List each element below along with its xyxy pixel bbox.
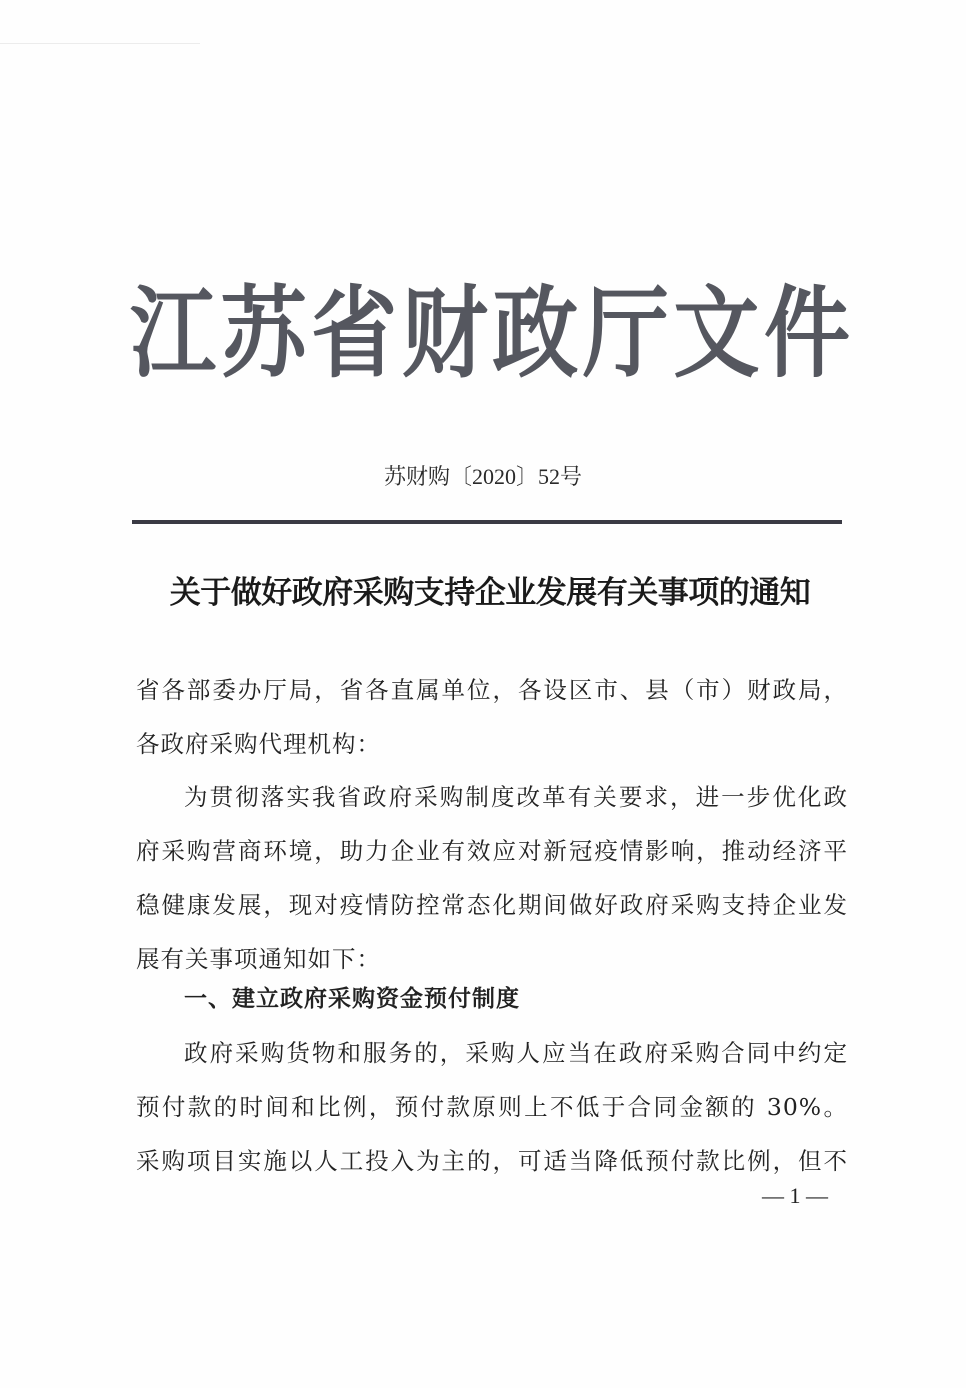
masthead-char: 财	[402, 254, 488, 397]
paragraph-line: 政府采购货物和服务的，采购人应当在政府采购合同中约定	[136, 1026, 848, 1080]
paragraph-line: 为贯彻落实我省政府采购制度改革有关要求，进一步优化政	[136, 770, 848, 824]
section-heading: 一、建立政府采购资金预付制度	[136, 972, 848, 1026]
masthead-char: 文	[673, 254, 759, 397]
addressee-line: 各政府采购代理机构：	[136, 717, 848, 771]
paragraph-line: 稳健康发展，现对疫情防控常态化期间做好政府采购支持企业发	[136, 878, 848, 932]
masthead-char: 苏	[221, 254, 307, 397]
addressee-line: 省各部委办厅局，省各直属单位，各设区市、县（市）财政局，	[136, 663, 848, 717]
page-number: — 1 —	[745, 1183, 845, 1209]
addressee-block: 省各部委办厅局，省各直属单位，各设区市、县（市）财政局， 各政府采购代理机构：	[136, 663, 848, 771]
header-divider	[132, 520, 842, 524]
scan-artifact-line	[0, 43, 200, 44]
masthead-char: 省	[311, 254, 397, 397]
paragraph-line: 预付款的时间和比例，预付款原则上不低于合同金额的 30%。	[136, 1080, 848, 1134]
document-title: 关于做好政府采购支持企业发展有关事项的通知	[130, 567, 850, 612]
paragraph-line: 采购项目实施以人工投入为主的，可适当降低预付款比例，但不	[136, 1134, 848, 1188]
masthead-char: 江	[130, 254, 216, 397]
document-number: 苏财购〔2020〕52号	[0, 460, 966, 491]
masthead-char: 厅	[583, 254, 669, 397]
section-1: 一、建立政府采购资金预付制度 政府采购货物和服务的，采购人应当在政府采购合同中约…	[136, 972, 848, 1188]
paragraph-line: 府采购营商环境，助力企业有效应对新冠疫情影响，推动经济平	[136, 824, 848, 878]
document-page: 江 苏 省 财 政 厅 文 件 苏财购〔2020〕52号 关于做好政府采购支持企…	[0, 0, 966, 1388]
masthead-char: 政	[492, 254, 578, 397]
masthead-char: 件	[764, 254, 850, 397]
masthead: 江 苏 省 财 政 厅 文 件	[130, 270, 850, 380]
intro-paragraph: 为贯彻落实我省政府采购制度改革有关要求，进一步优化政 府采购营商环境，助力企业有…	[136, 770, 848, 986]
